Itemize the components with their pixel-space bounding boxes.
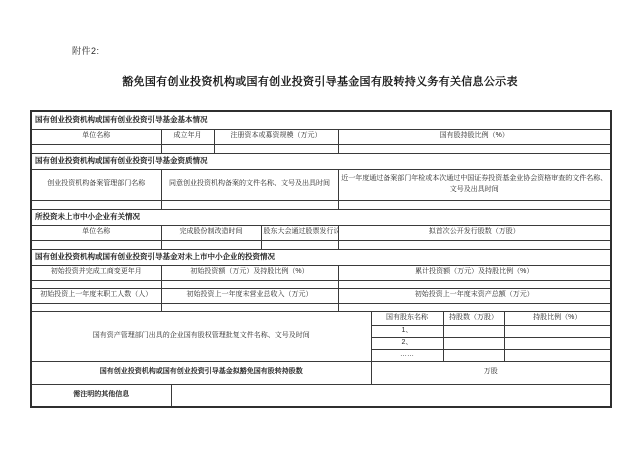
table-row: 单位名称 成立年月 注册资本或募资规模（万元） 国有股持股比例（%） — [31, 129, 611, 144]
table-row: 创业投资机构备案管理部门名称 同意创业投资机构备案的文件名称、文号及出具时间 近… — [31, 169, 611, 200]
s2-header-filing-approval-doc: 同意创业投资机构备案的文件名称、文号及出具时间 — [161, 169, 338, 200]
other-info-value-cell — [171, 384, 611, 407]
shareholder-row-more: …… — [371, 349, 443, 361]
shareholder-ratio-header: 持股比例（%） — [504, 311, 611, 325]
attachment-label: 附件2: — [72, 44, 100, 57]
s4-header-cumulative-investment: 累计投资额（万元）及持股比例（%） — [338, 265, 611, 280]
empty-cell — [31, 303, 161, 311]
empty-cell — [31, 240, 161, 249]
s3-header-restructure-date: 完成股份制改造时间 — [161, 225, 261, 240]
s4-header-initial-investment-amount: 初始投资额（万元）及持股比例（%） — [161, 265, 338, 280]
empty-cell — [338, 144, 611, 153]
section4-title: 国有创业投资机构或国有创业投资引导基金对未上市中小企业的投资情况 — [31, 249, 611, 265]
table-row: 需注明的其他信息 — [31, 384, 611, 407]
empty-cell — [214, 144, 338, 153]
table-row: 单位名称 完成股份制改造时间 股东大会通过股票发行议案时间 拟首次公开发行股数（… — [31, 225, 611, 240]
other-info-label: 需注明的其他信息 — [31, 384, 171, 407]
empty-cell — [161, 280, 338, 288]
empty-cell — [443, 325, 504, 337]
empty-cell — [161, 144, 214, 153]
empty-cell — [504, 325, 611, 337]
disclosure-table: 国有创业投资机构或国有创业投资引导基金基本情况 单位名称 成立年月 注册资本或募… — [30, 110, 612, 408]
exempt-shares-unit: 万股 — [371, 361, 611, 384]
table-row: 国有创业投资机构或国有创业投资引导基金资质情况 — [31, 153, 611, 169]
s3-header-shareholder-meeting-date: 股东大会通过股票发行议案时间 — [261, 225, 338, 240]
table-row: 初始投资上一年度末职工人数（人） 初始投资上一年度末营业总收入（万元） 初始投资… — [31, 288, 611, 303]
s4-header-total-assets: 初始投资上一年度末资产总额（万元） — [338, 288, 611, 303]
exempt-shares-label: 国有创业投资机构或国有创业投资引导基金拟豁免国有股转持股数 — [31, 361, 371, 384]
shareholder-row-2: 2、 — [371, 337, 443, 349]
empty-cell — [443, 337, 504, 349]
s4-header-total-revenue: 初始投资上一年度末营业总收入（万元） — [161, 288, 338, 303]
table-row: 国有创业投资机构或国有创业投资引导基金对未上市中小企业的投资情况 — [31, 249, 611, 265]
shareholder-shares-header: 持股数（万股） — [443, 311, 504, 325]
s1-header-registered-capital: 注册资本或募资规模（万元） — [214, 129, 338, 144]
shareholder-row-1: 1、 — [371, 325, 443, 337]
table-row — [31, 144, 611, 153]
empty-cell — [31, 280, 161, 288]
table-row — [31, 240, 611, 249]
empty-cell — [504, 337, 611, 349]
table-row — [31, 200, 611, 209]
table-row: 国有创业投资机构或国有创业投资引导基金拟豁免国有股转持股数 万股 — [31, 361, 611, 384]
empty-cell — [338, 240, 611, 249]
s4-header-employee-count: 初始投资上一年度末职工人数（人） — [31, 288, 161, 303]
approval-doc-label: 国有资产管理部门出具的企业国有股权管理批复文件名称、文号及时间 — [31, 311, 371, 361]
empty-cell — [261, 240, 338, 249]
s1-header-state-share-ratio: 国有股持股比例（%） — [338, 129, 611, 144]
table-row: 所投资未上市中小企业有关情况 — [31, 209, 611, 225]
table-row: 初始投资并完成工商变更年月 初始投资额（万元）及持股比例（%） 累计投资额（万元… — [31, 265, 611, 280]
shareholder-name-header: 国有股东名称 — [371, 311, 443, 325]
section1-title: 国有创业投资机构或国有创业投资引导基金基本情况 — [31, 111, 611, 129]
empty-cell — [338, 280, 611, 288]
empty-cell — [161, 303, 338, 311]
s2-header-filing-authority: 创业投资机构备案管理部门名称 — [31, 169, 161, 200]
empty-cell — [161, 240, 261, 249]
empty-cell — [504, 349, 611, 361]
table-row: 国有创业投资机构或国有创业投资引导基金基本情况 — [31, 111, 611, 129]
s3-header-unit-name: 单位名称 — [31, 225, 161, 240]
empty-cell — [338, 303, 611, 311]
section3-title: 所投资未上市中小企业有关情况 — [31, 209, 611, 225]
empty-cell — [443, 349, 504, 361]
empty-cell — [338, 200, 611, 209]
empty-cell — [31, 144, 161, 153]
s1-header-unit-name: 单位名称 — [31, 129, 161, 144]
s4-header-initial-investment-date: 初始投资并完成工商变更年月 — [31, 265, 161, 280]
page-title: 豁免国有创业投资机构或国有创业投资引导基金国有股转持义务有关信息公示表 — [0, 73, 640, 89]
section2-title: 国有创业投资机构或国有创业投资引导基金资质情况 — [31, 153, 611, 169]
empty-cell — [161, 200, 338, 209]
table-row — [31, 280, 611, 288]
table-row — [31, 303, 611, 311]
s2-header-annual-inspection-doc: 近一年度通过备案部门年检或本次通过中国证券投资基金业协会资格审查的文件名称、文号… — [338, 169, 611, 200]
empty-cell — [31, 200, 161, 209]
s3-header-ipo-shares: 拟首次公开发行股数（万股） — [338, 225, 611, 240]
table-row: 国有资产管理部门出具的企业国有股权管理批复文件名称、文号及时间 国有股东名称 持… — [31, 311, 611, 325]
s1-header-founding-date: 成立年月 — [161, 129, 214, 144]
